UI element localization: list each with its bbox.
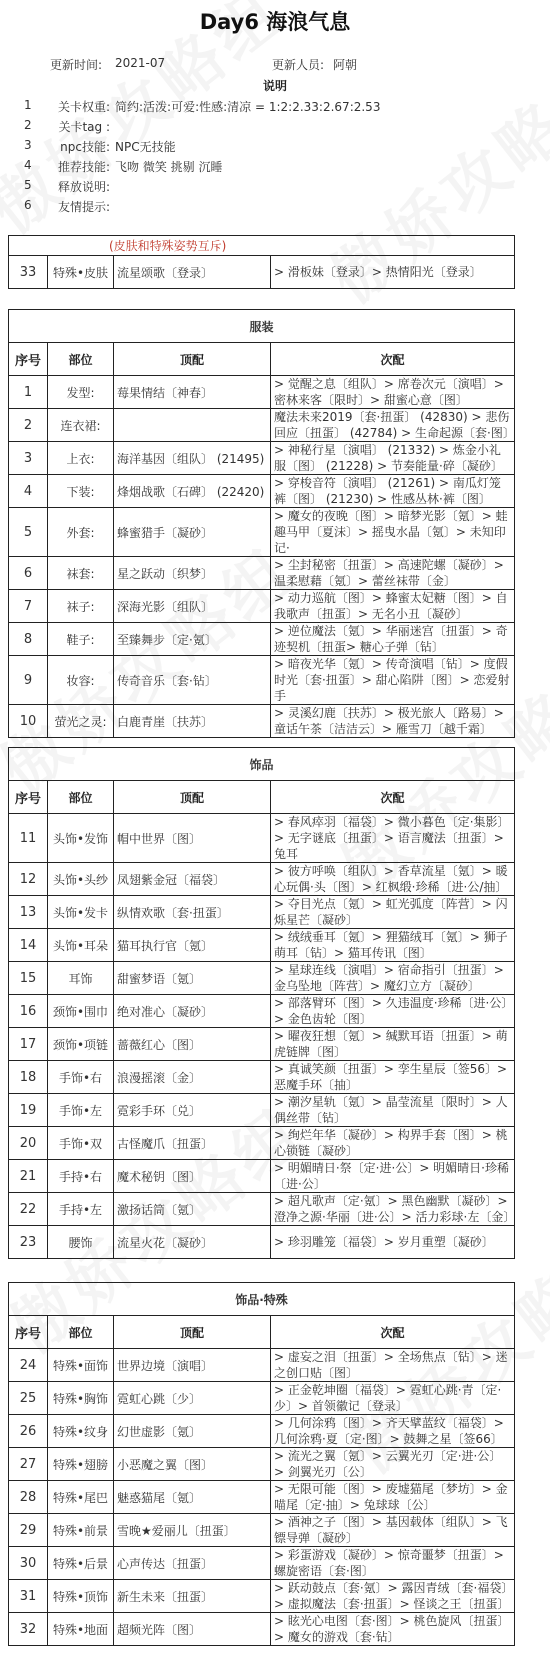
- cell-sub: > 暗夜光华〔氪〕> 传奇演唱〔钻〕> 度假时光〔套·扭蛋〕> 甜心陷阱〔图〕>…: [271, 656, 515, 705]
- cell-part: 手饰•右: [48, 1061, 114, 1094]
- col-header-part: 部位: [48, 343, 114, 376]
- cell-top: 烽烟战歌〔石碑〕 (22420): [114, 475, 271, 508]
- cell-no: 14: [9, 929, 48, 962]
- cell-top: 雪晚★爱丽儿〔扭蛋〕: [114, 1514, 271, 1547]
- cell-top: 小恶魔之翼〔图〕: [114, 1448, 271, 1481]
- cell-sub: > 觉醒之息〔组队〕> 席卷次元〔演唱〕> 密林来客〔限时〕> 甜蜜心意〔图〕: [271, 376, 515, 409]
- cell-no: 26: [9, 1415, 48, 1448]
- info-label: 友情提示:: [50, 198, 110, 215]
- cell-no: 29: [9, 1514, 48, 1547]
- info-label: npc技能:: [50, 138, 110, 155]
- cell-top: 甜蜜梦语〔氪〕: [114, 962, 271, 995]
- cell-no: 31: [9, 1580, 48, 1613]
- cell-no: 9: [9, 656, 48, 705]
- cell-sub: > 春风瘁羽〔福袋〕> 微小暮色〔定·集影〕> 无字谜底〔扭蛋〕> 语言魔法〔扭…: [271, 814, 515, 863]
- cell-part: 袜套:: [48, 557, 114, 590]
- cell-top: 猫耳执行官〔氪〕: [114, 929, 271, 962]
- cell-sub: > 穿梭音符〔演唱〕 (21261) > 南瓜灯笼裤〔图〕 (21230) > …: [271, 475, 515, 508]
- col-header-top: 顶配: [114, 781, 271, 814]
- cell-sub: > 酒神之子〔图〕> 基因载体〔组队〕> 飞镖导弹〔凝砂〕: [271, 1514, 515, 1547]
- cell-top: 深海光影〔组队〕: [114, 590, 271, 623]
- cell-no: 22: [9, 1193, 48, 1226]
- table-row: 30特殊•后景心声传达〔扭蛋〕> 彩蛋游戏〔凝砂〕> 惊奇噩梦〔扭蛋〕> 螺旋密…: [9, 1547, 515, 1580]
- cell-sub: > 真诚笑颜〔扭蛋〕> 孪生星辰〔签56〕> 恶魔手环〔抽〕: [271, 1061, 515, 1094]
- cell-sub: > 逆位魔法〔氪〕> 华丽迷宫〔扭蛋〕> 奇迹契机〔扭蛋> 糖心子弹〔钻〕: [271, 623, 515, 656]
- cell-top: 流星颂歌〔登录〕: [114, 256, 271, 289]
- cell-sub: > 无限可能〔图〕> 废墟猫尾〔梦坊〕> 金喵尾〔定·抽〕> 兔球球〔公〕: [271, 1481, 515, 1514]
- info-label: 释放说明:: [50, 178, 110, 195]
- table-row: 1发型:莓果情结〔神春〕> 觉醒之息〔组队〕> 席卷次元〔演唱〕> 密林来客〔限…: [9, 376, 515, 409]
- cell-no: 2: [9, 409, 48, 442]
- cell-no: 18: [9, 1061, 48, 1094]
- cell-part: 妆容:: [48, 656, 114, 705]
- cell-part: 手持•右: [48, 1160, 114, 1193]
- cell-sub: > 眩光心电图〔套·图〕> 桃色旋风〔扭蛋〕> 魔女的游戏〔套·钻〕: [271, 1613, 515, 1646]
- cell-no: 1: [9, 376, 48, 409]
- cell-sub: > 正金乾坤圈〔福袋〕> 霓虹心跳·青〔定·少〕> 首领徽记〔登录〕: [271, 1382, 515, 1415]
- table-row: 22手持•左激扬话筒〔氪〕> 超凡歌声〔定·氪〕> 黑色幽默〔凝砂〕> 澄净之源…: [9, 1193, 515, 1226]
- cell-top: 凤翅紫金冠〔福袋〕: [114, 863, 271, 896]
- update-time-value: 2021-07: [115, 56, 165, 70]
- cell-top: 蜂蜜猎手〔凝砂〕: [114, 508, 271, 557]
- cell-part: 特殊•后景: [48, 1547, 114, 1580]
- cell-no: 32: [9, 1613, 48, 1646]
- cell-sub: > 星球连线〔演唱〕> 宿命指引〔扭蛋〕> 金乌坠地〔阵营〕> 魔幻立方〔凝砂〕: [271, 962, 515, 995]
- cell-part: 手饰•左: [48, 1094, 114, 1127]
- cell-part: 颈饰•项链: [48, 1028, 114, 1061]
- cell-no: 17: [9, 1028, 48, 1061]
- cell-sub: > 流光之翼〔氪〕> 云翼光刃〔定·进·公〕> 剑翼光刃〔公〕: [271, 1448, 515, 1481]
- section-title: 饰品·特殊: [9, 1283, 515, 1316]
- col-header-sub: 次配: [271, 1316, 515, 1349]
- cell-top: 世界边境〔演唱〕: [114, 1349, 271, 1382]
- cell-part: 颈饰•围巾: [48, 995, 114, 1028]
- cell-part: 袜子:: [48, 590, 114, 623]
- table-row: 26特殊•纹身幻世虚影〔氪〕> 几何涂鸦〔图〕> 齐天擘蓝纹〔福袋〕> 几何涂鸦…: [9, 1415, 515, 1448]
- cell-top: 蔷薇红心〔图〕: [114, 1028, 271, 1061]
- cell-no: 23: [9, 1226, 48, 1259]
- table-row: 15耳饰甜蜜梦语〔氪〕> 星球连线〔演唱〕> 宿命指引〔扭蛋〕> 金乌坠地〔阵营…: [9, 962, 515, 995]
- cell-top: 流星火花〔凝砂〕: [114, 1226, 271, 1259]
- cell-no: 19: [9, 1094, 48, 1127]
- table-row: 11头饰•发饰帽中世界〔图〕> 春风瘁羽〔福袋〕> 微小暮色〔定·集影〕> 无字…: [9, 814, 515, 863]
- cell-sub: > 滑板妹〔登录〕> 热情阳光〔登录〕: [271, 256, 515, 289]
- cell-sub: > 虚妄之泪〔扭蛋〕> 全场焦点〔钻〕> 迷之创口贴〔图〕: [271, 1349, 515, 1382]
- table-row: 17颈饰•项链蔷薇红心〔图〕> 曜夜狂想〔氪〕> 缄默耳语〔扭蛋〕> 萌虎链牌〔…: [9, 1028, 515, 1061]
- cell-sub: > 夺目光点〔氪〕> 虹光弧度〔阵营〕> 闪烁星芒〔凝砂〕: [271, 896, 515, 929]
- cell-top: 心声传达〔扭蛋〕: [114, 1547, 271, 1580]
- cell-top: 传奇音乐〔套·钻〕: [114, 656, 271, 705]
- cell-top: 莓果情结〔神春〕: [114, 376, 271, 409]
- info-value: NPC无技能: [115, 138, 176, 155]
- table-row: 25特殊•胸饰霓虹心跳〔少〕> 正金乾坤圈〔福袋〕> 霓虹心跳·青〔定·少〕> …: [9, 1382, 515, 1415]
- table-row: 7袜子:深海光影〔组队〕> 动力巡航〔图〕> 蜂蜜太妃糖〔图〕> 自我歌声〔扭蛋…: [9, 590, 515, 623]
- cell-top: 古怪魔爪〔扭蛋〕: [114, 1127, 271, 1160]
- cell-top: [114, 409, 271, 442]
- cell-part: 特殊•翅膀: [48, 1448, 114, 1481]
- cell-top: 新生未来〔扭蛋〕: [114, 1580, 271, 1613]
- info-num: 6: [24, 198, 44, 212]
- info-num: 1: [24, 98, 44, 112]
- cell-part: 连衣裙:: [48, 409, 114, 442]
- cell-part: 特殊•胸饰: [48, 1382, 114, 1415]
- cell-top: 幻世虚影〔氪〕: [114, 1415, 271, 1448]
- column-header-row: 序号部位顶配次配: [9, 343, 515, 376]
- col-header-sub: 次配: [271, 781, 515, 814]
- updater-value: 阿朝: [333, 56, 357, 73]
- section-title: 饰品: [9, 748, 515, 781]
- cell-top: 激扬话筒〔氪〕: [114, 1193, 271, 1226]
- column-header-row: 序号部位顶配次配: [9, 781, 515, 814]
- section-table-clothing: 服装序号部位顶配次配1发型:莓果情结〔神春〕> 觉醒之息〔组队〕> 席卷次元〔演…: [8, 309, 515, 738]
- cell-sub: > 彼方呼唤〔组队〕> 香草流星〔氪〕> 暖心玩偶·头〔图〕> 红枫缎·珍稀〔进…: [271, 863, 515, 896]
- cell-top: 霓彩手环〔兑〕: [114, 1094, 271, 1127]
- info-label: 关卡tag :: [50, 118, 110, 135]
- cell-top: 纵情欢歌〔套·扭蛋〕: [114, 896, 271, 929]
- table-row: 20手饰•双古怪魔爪〔扭蛋〕> 绚烂年华〔凝砂〕> 构界手套〔图〕> 桃心锁链〔…: [9, 1127, 515, 1160]
- cell-sub: > 动力巡航〔图〕> 蜂蜜太妃糖〔图〕> 自我歌声〔扭蛋〕> 无名小丑〔凝砂〕: [271, 590, 515, 623]
- table-row: 28特殊•尾巴魅惑猫尾〔氪〕> 无限可能〔图〕> 废墟猫尾〔梦坊〕> 金喵尾〔定…: [9, 1481, 515, 1514]
- cell-no: 16: [9, 995, 48, 1028]
- cell-part: 外套:: [48, 508, 114, 557]
- exclusive-note: (皮肤和特殊姿势互斥): [9, 236, 515, 256]
- cell-top: 海洋基因〔组队〕 (21495): [114, 442, 271, 475]
- cell-no: 21: [9, 1160, 48, 1193]
- cell-no: 27: [9, 1448, 48, 1481]
- cell-no: 20: [9, 1127, 48, 1160]
- table-row: 18手饰•右浪漫摇滚〔金〕> 真诚笑颜〔扭蛋〕> 孪生星辰〔签56〕> 恶魔手环…: [9, 1061, 515, 1094]
- cell-sub: > 跃动鼓点〔套·氪〕> 露因青绒〔套·福袋〕> 虚拟魔法〔套·扭蛋〕> 怪谈之…: [271, 1580, 515, 1613]
- table-row: 27特殊•翅膀小恶魔之翼〔图〕> 流光之翼〔氪〕> 云翼光刃〔定·进·公〕> 剑…: [9, 1448, 515, 1481]
- cell-part: 头饰•发饰: [48, 814, 114, 863]
- cell-part: 耳饰: [48, 962, 114, 995]
- cell-part: 头饰•头纱: [48, 863, 114, 896]
- explain-title: 说明: [0, 77, 550, 94]
- info-label: 关卡权重:: [50, 98, 110, 115]
- col-header-sub: 次配: [271, 343, 515, 376]
- cell-sub: > 魔女的夜晚〔图〕> 暗梦光影〔氪〕> 蛙趣马甲〔夏沫〕> 摇曳水晶〔氪〕> …: [271, 508, 515, 557]
- cell-sub: > 部落臂环〔图〕> 久违温度·珍稀〔进·公〕> 金色齿轮〔图〕: [271, 995, 515, 1028]
- cell-sub: > 绚烂年华〔凝砂〕> 构界手套〔图〕> 桃心锁链〔凝砂〕: [271, 1127, 515, 1160]
- cell-sub: > 潮汐星轨〔氪〕> 晶莹流星〔限时〕> 人偶丝带〔钻〕: [271, 1094, 515, 1127]
- skin-table: (皮肤和特殊姿势互斥) 33 特殊•皮肤 流星颂歌〔登录〕 > 滑板妹〔登录〕>…: [8, 235, 515, 289]
- cell-top: 浪漫摇滚〔金〕: [114, 1061, 271, 1094]
- cell-no: 33: [9, 256, 48, 289]
- cell-sub: > 尘封秘密〔扭蛋〕> 高速陀螺〔凝砂〕> 温柔慰藉〔氪〕> 蕾丝袜带〔金〕: [271, 557, 515, 590]
- table-row: 3上衣:海洋基因〔组队〕 (21495)> 神秘行星〔演唱〕 (21332) >…: [9, 442, 515, 475]
- cell-sub: > 超凡歌声〔定·氪〕> 黑色幽默〔凝砂〕> 澄净之源·华丽〔进·公〕> 活力彩…: [271, 1193, 515, 1226]
- info-num: 3: [24, 138, 44, 152]
- table-row: 32特殊•地面超频光阵〔图〕> 眩光心电图〔套·图〕> 桃色旋风〔扭蛋〕> 魔女…: [9, 1613, 515, 1646]
- info-value: 飞吻 微笑 挑剔 沉睡: [115, 158, 222, 175]
- table-row: 16颈饰•围巾绝对准心〔凝砂〕> 部落臂环〔图〕> 久违温度·珍稀〔进·公〕> …: [9, 995, 515, 1028]
- cell-top: 星之跃动〔织梦〕: [114, 557, 271, 590]
- cell-part: 特殊•前景: [48, 1514, 114, 1547]
- cell-sub: > 彩蛋游戏〔凝砂〕> 惊奇噩梦〔扭蛋〕> 螺旋密语〔套·图〕: [271, 1547, 515, 1580]
- table-row: 19手饰•左霓彩手环〔兑〕> 潮汐星轨〔氪〕> 晶莹流星〔限时〕> 人偶丝带〔钻…: [9, 1094, 515, 1127]
- col-header-no: 序号: [9, 343, 48, 376]
- cell-no: 28: [9, 1481, 48, 1514]
- table-row: 31特殊•顶饰新生未来〔扭蛋〕> 跃动鼓点〔套·氪〕> 露因青绒〔套·福袋〕> …: [9, 1580, 515, 1613]
- table-row: 14头饰•耳朵猫耳执行官〔氪〕> 绒绒垂耳〔氪〕> 狸猫绒耳〔氪〕> 狮子萌耳〔…: [9, 929, 515, 962]
- cell-sub: > 曜夜狂想〔氪〕> 缄默耳语〔扭蛋〕> 萌虎链牌〔图〕: [271, 1028, 515, 1061]
- table-row: 23腰饰流星火花〔凝砂〕> 珍羽雕笼〔福袋〕> 岁月重塑〔凝砂〕: [9, 1226, 515, 1259]
- table-row: 29特殊•前景雪晚★爱丽儿〔扭蛋〕> 酒神之子〔图〕> 基因载体〔组队〕> 飞镖…: [9, 1514, 515, 1547]
- cell-part: 萤光之灵:: [48, 705, 114, 738]
- cell-no: 13: [9, 896, 48, 929]
- section-table-special: 饰品·特殊序号部位顶配次配24特殊•面饰世界边境〔演唱〕> 虚妄之泪〔扭蛋〕> …: [8, 1282, 515, 1646]
- cell-no: 3: [9, 442, 48, 475]
- update-time-label: 更新时间:: [50, 56, 102, 73]
- cell-part: 手持•左: [48, 1193, 114, 1226]
- cell-part: 特殊•尾巴: [48, 1481, 114, 1514]
- page-title: Day6 海浪气息: [0, 6, 550, 36]
- column-header-row: 序号部位顶配次配: [9, 1316, 515, 1349]
- cell-part: 特殊•纹身: [48, 1415, 114, 1448]
- updater-label: 更新人员:: [272, 56, 324, 73]
- col-header-top: 顶配: [114, 343, 271, 376]
- info-num: 5: [24, 178, 44, 192]
- cell-part: 头饰•发卡: [48, 896, 114, 929]
- table-row: 12头饰•头纱凤翅紫金冠〔福袋〕> 彼方呼唤〔组队〕> 香草流星〔氪〕> 暖心玩…: [9, 863, 515, 896]
- cell-sub: > 明媚晴日·祭〔定·进·公〕> 明媚晴日·珍稀〔进·公〕: [271, 1160, 515, 1193]
- info-row-release-note: 5 释放说明:: [0, 178, 550, 198]
- info-num: 2: [24, 118, 44, 132]
- cell-sub: 魔法未来2019〔套·扭蛋〕 (42830) > 悲伤回应〔扭蛋〕 (42784…: [271, 409, 515, 442]
- cell-no: 5: [9, 508, 48, 557]
- section-title: 服装: [9, 310, 515, 343]
- col-header-top: 顶配: [114, 1316, 271, 1349]
- cell-sub: > 几何涂鸦〔图〕> 齐天擘蓝纹〔福袋〕> 几何涂鸦·夏〔定·图〕> 鼓舞之星〔…: [271, 1415, 515, 1448]
- info-row-weight: 1 关卡权重: 简约:活泼:可爱:性感:清凉 = 1:2:2.33:2.67:2…: [0, 98, 550, 118]
- cell-no: 12: [9, 863, 48, 896]
- table-row: 24特殊•面饰世界边境〔演唱〕> 虚妄之泪〔扭蛋〕> 全场焦点〔钻〕> 迷之创口…: [9, 1349, 515, 1382]
- cell-top: 帽中世界〔图〕: [114, 814, 271, 863]
- cell-no: 11: [9, 814, 48, 863]
- cell-part: 腰饰: [48, 1226, 114, 1259]
- cell-no: 8: [9, 623, 48, 656]
- table-row: 2连衣裙:魔法未来2019〔套·扭蛋〕 (42830) > 悲伤回应〔扭蛋〕 (…: [9, 409, 515, 442]
- cell-top: 魔术秘钥〔图〕: [114, 1160, 271, 1193]
- cell-sub: > 绒绒垂耳〔氪〕> 狸猫绒耳〔氪〕> 狮子萌耳〔钻〕> 猫耳传讯〔图〕: [271, 929, 515, 962]
- info-num: 4: [24, 158, 44, 172]
- cell-part: 上衣:: [48, 442, 114, 475]
- col-header-no: 序号: [9, 781, 48, 814]
- cell-no: 4: [9, 475, 48, 508]
- section-table-accessories: 饰品序号部位顶配次配11头饰•发饰帽中世界〔图〕> 春风瘁羽〔福袋〕> 微小暮色…: [8, 747, 515, 1259]
- col-header-part: 部位: [48, 781, 114, 814]
- cell-part: 特殊•地面: [48, 1613, 114, 1646]
- table-row: 21手持•右魔术秘钥〔图〕> 明媚晴日·祭〔定·进·公〕> 明媚晴日·珍稀〔进·…: [9, 1160, 515, 1193]
- table-row: 4下装:烽烟战歌〔石碑〕 (22420)> 穿梭音符〔演唱〕 (21261) >…: [9, 475, 515, 508]
- table-row: 9妆容:传奇音乐〔套·钻〕> 暗夜光华〔氪〕> 传奇演唱〔钻〕> 度假时光〔套·…: [9, 656, 515, 705]
- info-label: 推荐技能:: [50, 158, 110, 175]
- table-row: 8鞋子:至臻舞步〔定·氪〕> 逆位魔法〔氪〕> 华丽迷宫〔扭蛋〕> 奇迹契机〔扭…: [9, 623, 515, 656]
- table-row: 33 特殊•皮肤 流星颂歌〔登录〕 > 滑板妹〔登录〕> 热情阳光〔登录〕: [9, 256, 515, 289]
- info-row-recommended-skill: 4 推荐技能: 飞吻 微笑 挑剔 沉睡: [0, 158, 550, 178]
- cell-top: 至臻舞步〔定·氪〕: [114, 623, 271, 656]
- cell-part: 头饰•耳朵: [48, 929, 114, 962]
- cell-part: 鞋子:: [48, 623, 114, 656]
- cell-no: 7: [9, 590, 48, 623]
- cell-top: 绝对准心〔凝砂〕: [114, 995, 271, 1028]
- cell-sub: > 神秘行星〔演唱〕 (21332) > 炼金小礼服〔图〕 (21228) > …: [271, 442, 515, 475]
- info-row-tag: 2 关卡tag :: [0, 118, 550, 138]
- cell-part: 手饰•双: [48, 1127, 114, 1160]
- cell-sub: > 灵溪幻鹿〔扶苏〕> 极光旅人〔路易〕> 童话午茶〔洁洁云〕> 雁雪刀〔越千霜…: [271, 705, 515, 738]
- cell-part: 下装:: [48, 475, 114, 508]
- col-header-no: 序号: [9, 1316, 48, 1349]
- cell-no: 15: [9, 962, 48, 995]
- table-row: 5外套:蜂蜜猎手〔凝砂〕> 魔女的夜晚〔图〕> 暗梦光影〔氪〕> 蛙趣马甲〔夏沫…: [9, 508, 515, 557]
- info-row-npc-skill: 3 npc技能: NPC无技能: [0, 138, 550, 158]
- cell-top: 超频光阵〔图〕: [114, 1613, 271, 1646]
- table-row: 10萤光之灵:白鹿青崖〔扶苏〕> 灵溪幻鹿〔扶苏〕> 极光旅人〔路易〕> 童话午…: [9, 705, 515, 738]
- cell-part: 特殊•面饰: [48, 1349, 114, 1382]
- info-row-tip: 6 友情提示:: [0, 198, 550, 218]
- cell-part: 特殊•皮肤: [48, 256, 114, 289]
- cell-top: 魅惑猫尾〔氪〕: [114, 1481, 271, 1514]
- col-header-part: 部位: [48, 1316, 114, 1349]
- cell-no: 6: [9, 557, 48, 590]
- cell-no: 25: [9, 1382, 48, 1415]
- table-row: 6袜套:星之跃动〔织梦〕> 尘封秘密〔扭蛋〕> 高速陀螺〔凝砂〕> 温柔慰藉〔氪…: [9, 557, 515, 590]
- cell-no: 24: [9, 1349, 48, 1382]
- cell-top: 白鹿青崖〔扶苏〕: [114, 705, 271, 738]
- cell-no: 10: [9, 705, 48, 738]
- cell-top: 霓虹心跳〔少〕: [114, 1382, 271, 1415]
- cell-sub: > 珍羽雕笼〔福袋〕> 岁月重塑〔凝砂〕: [271, 1226, 515, 1259]
- cell-part: 特殊•顶饰: [48, 1580, 114, 1613]
- table-row: 13头饰•发卡纵情欢歌〔套·扭蛋〕> 夺目光点〔氪〕> 虹光弧度〔阵营〕> 闪烁…: [9, 896, 515, 929]
- cell-no: 30: [9, 1547, 48, 1580]
- info-value: 简约:活泼:可爱:性感:清凉 = 1:2:2.33:2.67:2.53: [115, 98, 380, 115]
- cell-part: 发型:: [48, 376, 114, 409]
